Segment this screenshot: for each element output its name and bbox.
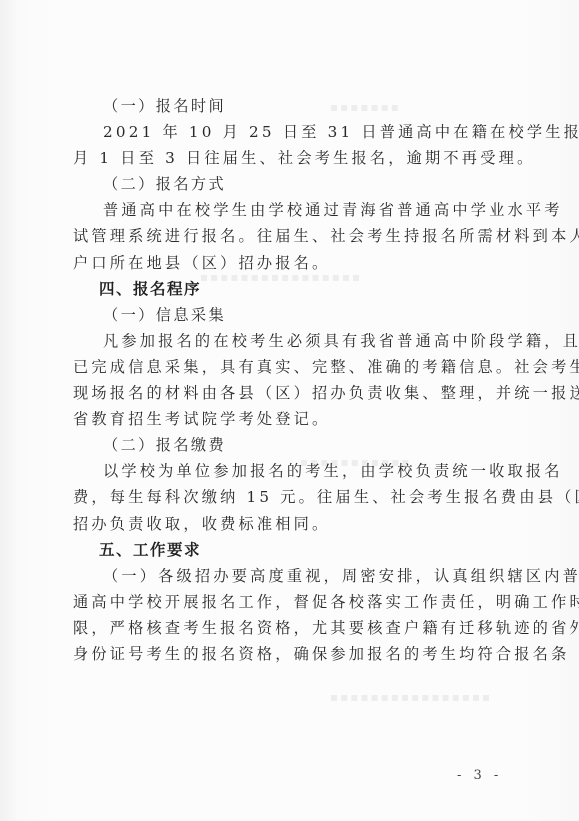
paragraph-line: 普通高中在校学生由学校通过青海省普通高中学业水平考 xyxy=(73,197,515,223)
paragraph-line: 凡参加报名的在校考生必须具有我省普通高中阶段学籍，且 xyxy=(73,328,515,354)
paragraph-line: 以学校为单位参加报名的考生，由学校负责统一收取报名 xyxy=(73,458,515,484)
subheading-registration-method: （二）报名方式 xyxy=(73,171,515,197)
subheading-registration-fee: （二）报名缴费 xyxy=(73,432,515,458)
paragraph-line: 已完成信息采集，具有真实、完整、准确的考籍信息。社会考生 xyxy=(73,354,515,380)
heading-registration-procedure: 四、报名程序 xyxy=(73,276,515,302)
paragraph-line: 户口所在地县（区）招办报名。 xyxy=(73,250,515,276)
paragraph-line: 省教育招生考试院学考处登记。 xyxy=(73,406,515,432)
bleed-through-text: ▪▪▪▪▪▪▪▪▪▪▪▪▪▪▪▪ xyxy=(330,690,492,704)
paragraph-line: 身份证号考生的报名资格，确保参加报名的考生均符合报名条 xyxy=(73,641,515,667)
heading-work-requirements: 五、工作要求 xyxy=(73,537,515,563)
page-number: - 3 - xyxy=(457,768,502,783)
paragraph-line: 月 1 日至 3 日往届生、社会考生报名，逾期不再受理。 xyxy=(73,145,515,171)
paragraph-line: 通高中学校开展报名工作，督促各校落实工作责任，明确工作时 xyxy=(73,589,515,615)
paragraph-line: 试管理系统进行报名。往届生、社会考生持报名所需材料到本人 xyxy=(73,223,515,249)
paragraph-line: 费，每生每科次缴纳 15 元。往届生、社会考生报名费由县（区） xyxy=(73,484,515,510)
subheading-registration-time: （一）报名时间 xyxy=(73,93,515,119)
paragraph-line: 限，严格核查考生报名资格，尤其要核查户籍有迁移轨迹的省外 xyxy=(73,615,515,641)
paragraph-line: 现场报名的材料由各县（区）招办负责收集、整理，并统一报送 xyxy=(73,380,515,406)
document-body: （一）报名时间 2021 年 10 月 25 日至 31 日普通高中在籍在校学生… xyxy=(73,93,515,667)
paragraph-line: 招办负责收取，收费标准相同。 xyxy=(73,511,515,537)
paragraph-line: （一）各级招办要高度重视，周密安排，认真组织辖区内普 xyxy=(73,563,515,589)
paragraph-line: 2021 年 10 月 25 日至 31 日普通高中在籍在校学生报名，11 xyxy=(73,119,515,145)
document-page: ▪▪▪▪▪▪▪ ▪▪▪▪▪▪▪▪▪▪▪▪▪▪▪▪ ▪▪▪▪▪▪▪▪▪▪▪ ▪▪▪… xyxy=(0,0,579,821)
subheading-info-collection: （一）信息采集 xyxy=(73,302,515,328)
